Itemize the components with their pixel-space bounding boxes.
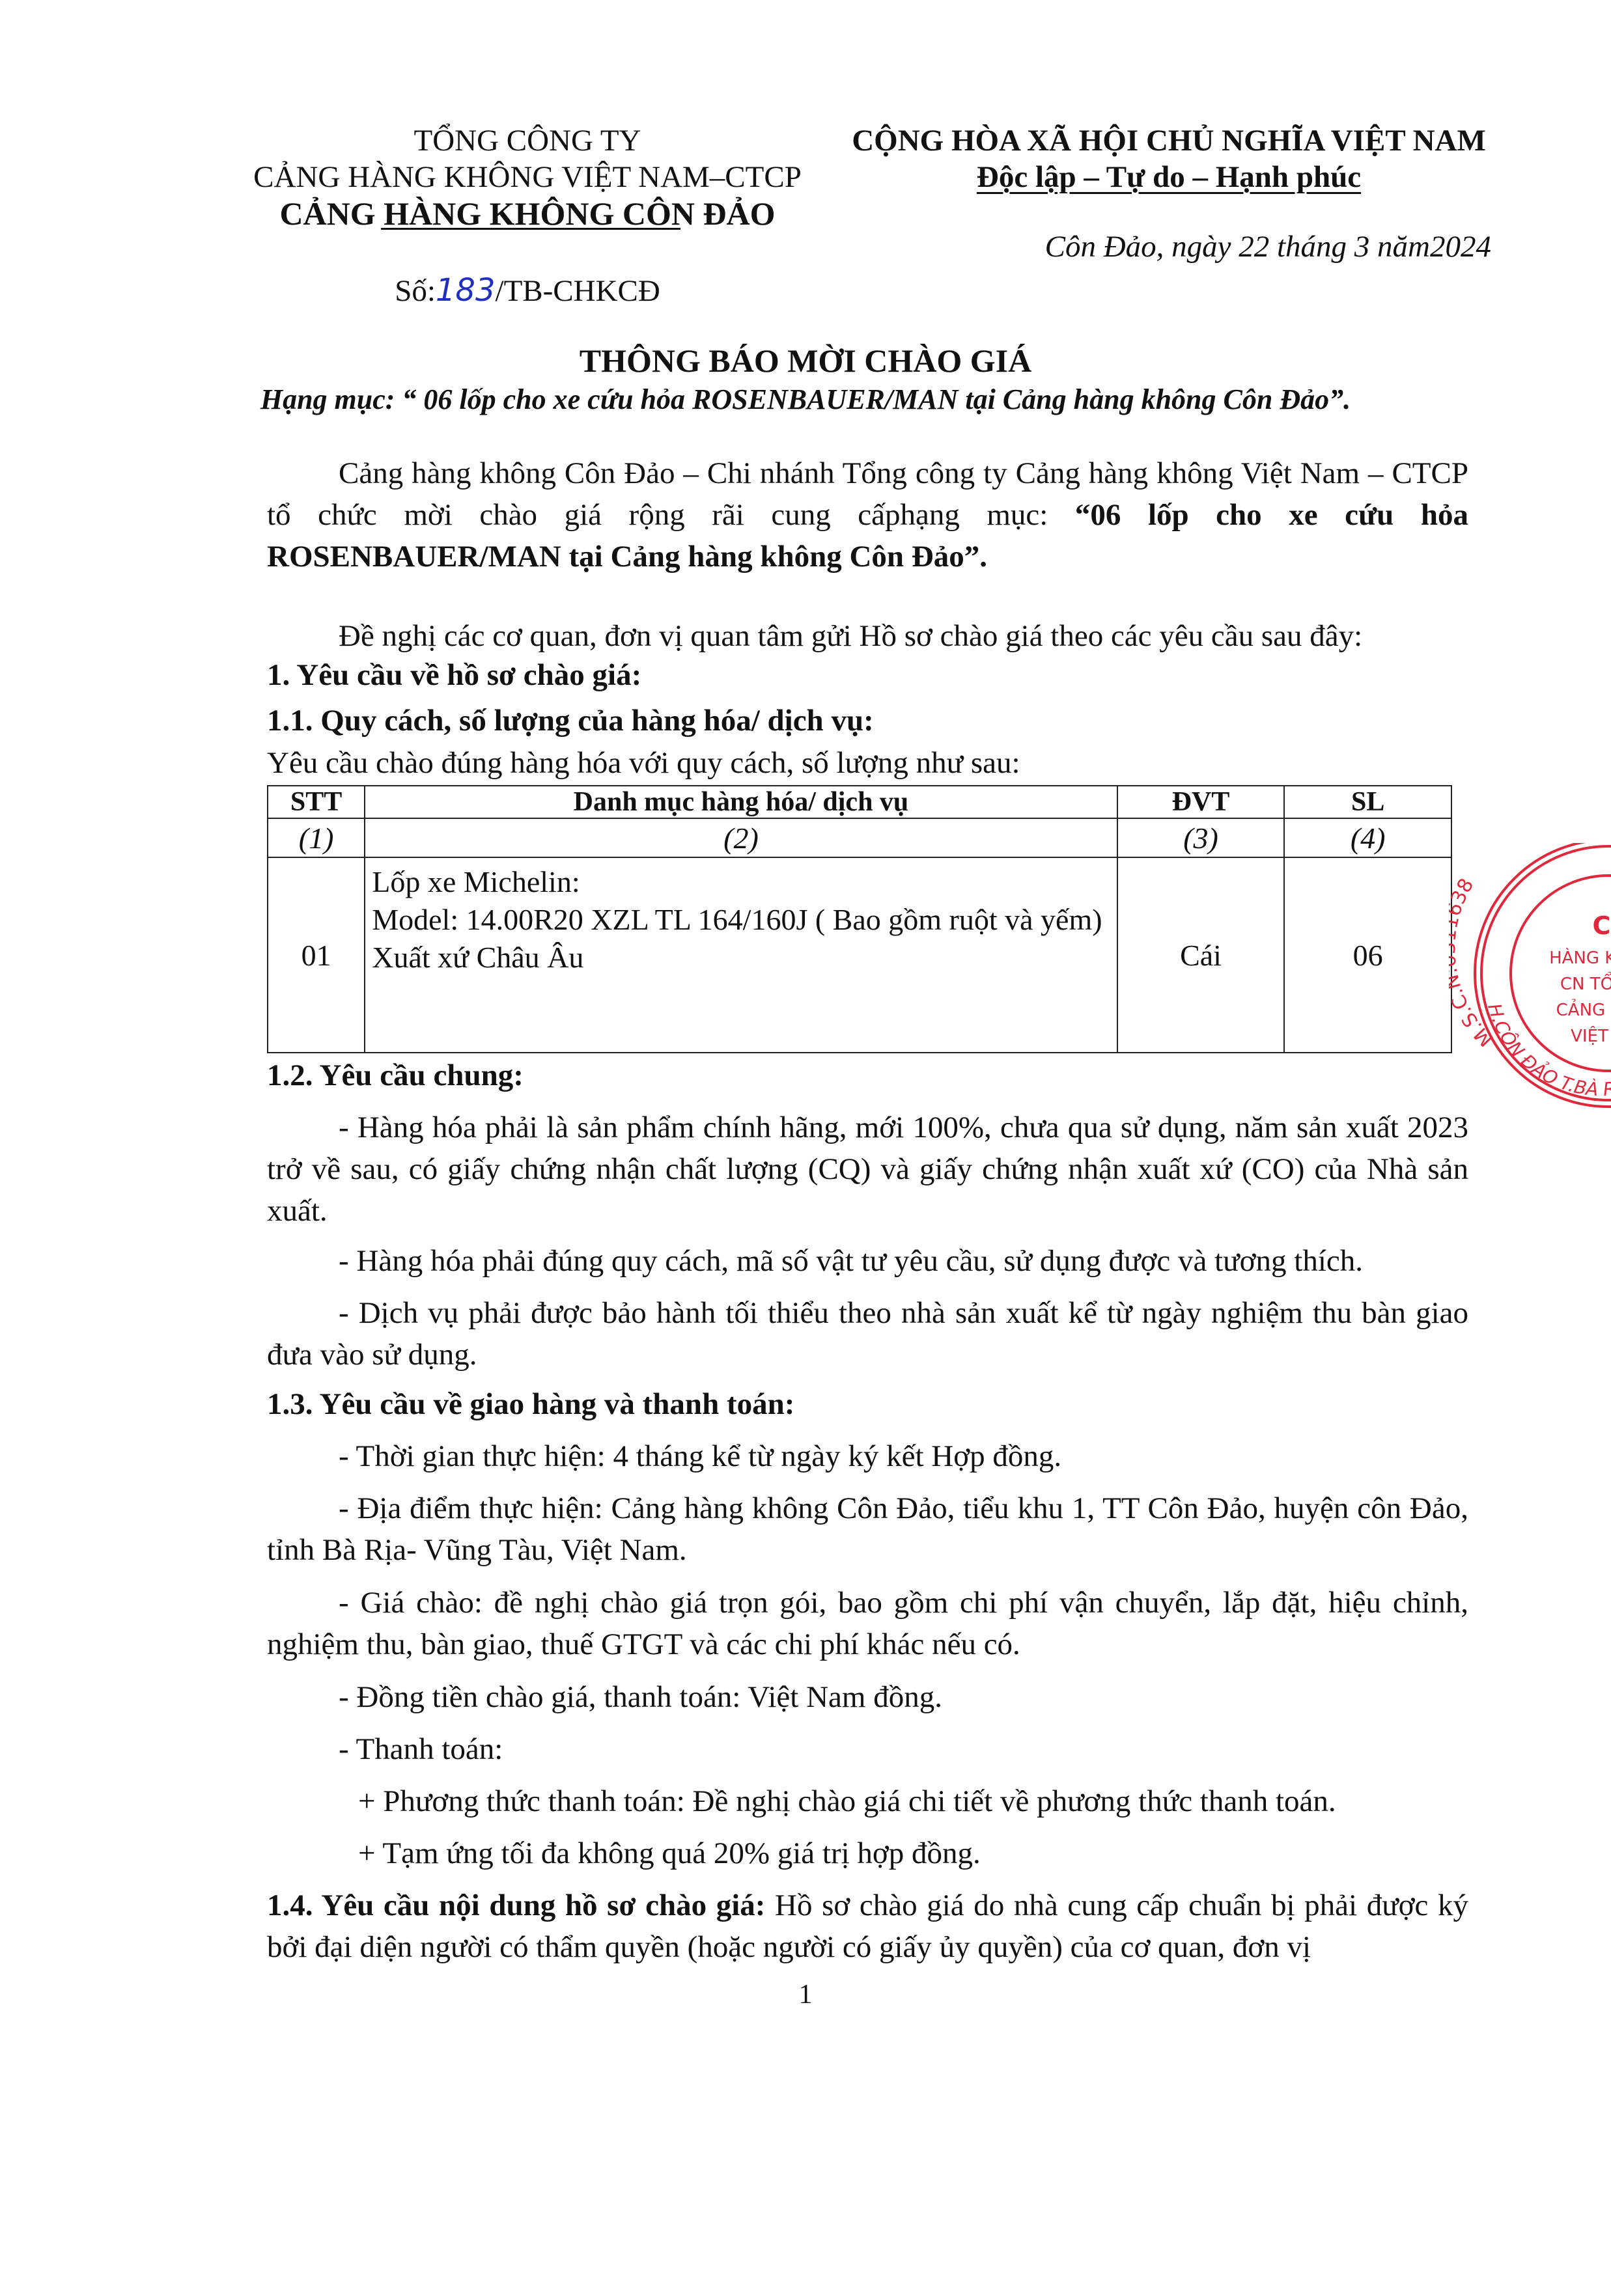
seal-inner-line: HÀNG KHÔNG bbox=[1549, 947, 1611, 968]
section-1-4-heading: 1.4. Yêu cầu nội dung hồ sơ chào giá: bbox=[267, 1888, 765, 1922]
number-prefix: Số: bbox=[395, 274, 436, 308]
seal-inner-line: CẢN bbox=[1592, 909, 1611, 940]
official-seal-stamp: M.S.C.N:0311638 H.CÔN ĐẢO T.BÀ R CẢN HÀN… bbox=[1449, 843, 1611, 1116]
document-page: TỔNG CÔNG TY CẢNG HÀNG KHÔNG VIỆT NAM–CT… bbox=[0, 0, 1611, 2296]
number-suffix: /TB-CHKCĐ bbox=[496, 274, 660, 308]
issuer-name: CẢNG HÀNG KHÔNG CÔN ĐẢO bbox=[279, 195, 775, 232]
national-motto: Độc lập – Tự do – Hạnh phúc bbox=[977, 160, 1361, 194]
request-paragraph: Đề nghị các cơ quan, đơn vị quan tâm gửi… bbox=[267, 615, 1468, 657]
intro-paragraph: Cảng hàng không Côn Đảo – Chi nhánh Tổng… bbox=[267, 452, 1468, 577]
delivery-item: - Đồng tiền chào giá, thanh toán: Việt N… bbox=[267, 1676, 1468, 1718]
payment-sub-item: + Phương thức thanh toán: Đề nghị chào g… bbox=[267, 1780, 1560, 1822]
issuer-underline bbox=[381, 228, 680, 230]
col-header-qty: SL bbox=[1284, 786, 1451, 818]
section-1-1-note: Yêu cầu chào đúng hàng hóa với quy cách,… bbox=[267, 742, 1468, 784]
section-1-2-heading: 1.2. Yêu cầu chung: bbox=[267, 1058, 524, 1093]
national-name: CỘNG HÒA XÃ HỘI CHỦ NGHĨA VIỆT NAM bbox=[827, 122, 1511, 159]
table-column-numbers: (1) (2) (3) (4) bbox=[268, 818, 1451, 857]
row-qty: 06 bbox=[1284, 857, 1451, 1053]
document-number: Số:183/TB-CHKCĐ bbox=[241, 272, 814, 309]
col-header-unit: ĐVT bbox=[1117, 786, 1285, 818]
delivery-item: - Địa điểm thực hiện: Cảng hàng không Cô… bbox=[267, 1487, 1468, 1571]
page-number: 1 bbox=[0, 1979, 1611, 2010]
item-line: Xuất xứ Châu Âu bbox=[372, 939, 1110, 976]
seal-inner-line: CN TỔNG C bbox=[1560, 971, 1611, 994]
general-req-item: - Hàng hóa phải đúng quy cách, mã số vật… bbox=[267, 1240, 1468, 1282]
col-number: (1) bbox=[268, 818, 365, 857]
general-req-item: - Dịch vụ phải được bảo hành tối thiểu t… bbox=[267, 1292, 1468, 1376]
col-header-name: Danh mục hàng hóa/ dịch vụ bbox=[365, 786, 1117, 818]
seal-inner-line: VIỆT NAM bbox=[1571, 1025, 1611, 1046]
section-1-4-paragraph: 1.4. Yêu cầu nội dung hồ sơ chào giá: Hồ… bbox=[267, 1885, 1468, 1968]
section-1-3-heading: 1.3. Yêu cầu về giao hàng và thanh toán: bbox=[267, 1387, 794, 1422]
delivery-item: - Thanh toán: bbox=[267, 1728, 1468, 1770]
col-number: (3) bbox=[1117, 818, 1285, 857]
col-number: (4) bbox=[1284, 818, 1451, 857]
item-line: Lốp xe Michelin: bbox=[372, 863, 1110, 901]
row-stt: 01 bbox=[268, 857, 365, 1053]
general-req-item: - Hàng hóa phải là sản phẩm chính hãng, … bbox=[267, 1107, 1468, 1232]
col-number: (2) bbox=[365, 818, 1117, 857]
national-header: CỘNG HÒA XÃ HỘI CHỦ NGHĨA VIỆT NAM Độc l… bbox=[827, 122, 1511, 195]
issuer-header: TỔNG CÔNG TY CẢNG HÀNG KHÔNG VIỆT NAM–CT… bbox=[241, 122, 814, 233]
issuer-parent-line1: TỔNG CÔNG TY bbox=[241, 122, 814, 159]
payment-sub-item: + Tạm ứng tối đa không quá 20% giá trị h… bbox=[267, 1833, 1560, 1874]
issuer-parent-line2: CẢNG HÀNG KHÔNG VIỆT NAM–CTCP bbox=[241, 159, 814, 195]
section-1-heading: 1. Yêu cầu về hồ sơ chào giá: bbox=[267, 657, 641, 693]
item-line: Model: 14.00R20 XZL TL 164/160J ( Bao gồ… bbox=[372, 901, 1110, 939]
row-unit: Cái bbox=[1117, 857, 1285, 1053]
seal-inner-line: CẢNG HÀNG bbox=[1556, 998, 1611, 1020]
document-subtitle: Hạng mục: “ 06 lốp cho xe cứu hỏa ROSENB… bbox=[0, 383, 1611, 416]
handwritten-number: 183 bbox=[436, 272, 496, 309]
section-1-1-heading: 1.1. Quy cách, số lượng của hàng hóa/ dị… bbox=[267, 703, 874, 738]
col-header-stt: STT bbox=[268, 786, 365, 818]
document-title: THÔNG BÁO MỜI CHÀO GIÁ bbox=[0, 342, 1611, 380]
delivery-item: - Giá chào: đề nghị chào giá trọn gói, b… bbox=[267, 1582, 1468, 1665]
document-date: Côn Đảo, ngày 22 tháng 3 năm2024 bbox=[899, 229, 1491, 264]
table-header-row: STT Danh mục hàng hóa/ dịch vụ ĐVT SL bbox=[268, 786, 1451, 818]
table-row: 01 Lốp xe Michelin: Model: 14.00R20 XZL … bbox=[268, 857, 1451, 1053]
delivery-item: - Thời gian thực hiện: 4 tháng kể từ ngà… bbox=[267, 1435, 1468, 1477]
goods-table: STT Danh mục hàng hóa/ dịch vụ ĐVT SL (1… bbox=[267, 785, 1452, 1053]
row-item-name: Lốp xe Michelin: Model: 14.00R20 XZL TL … bbox=[365, 857, 1117, 1053]
